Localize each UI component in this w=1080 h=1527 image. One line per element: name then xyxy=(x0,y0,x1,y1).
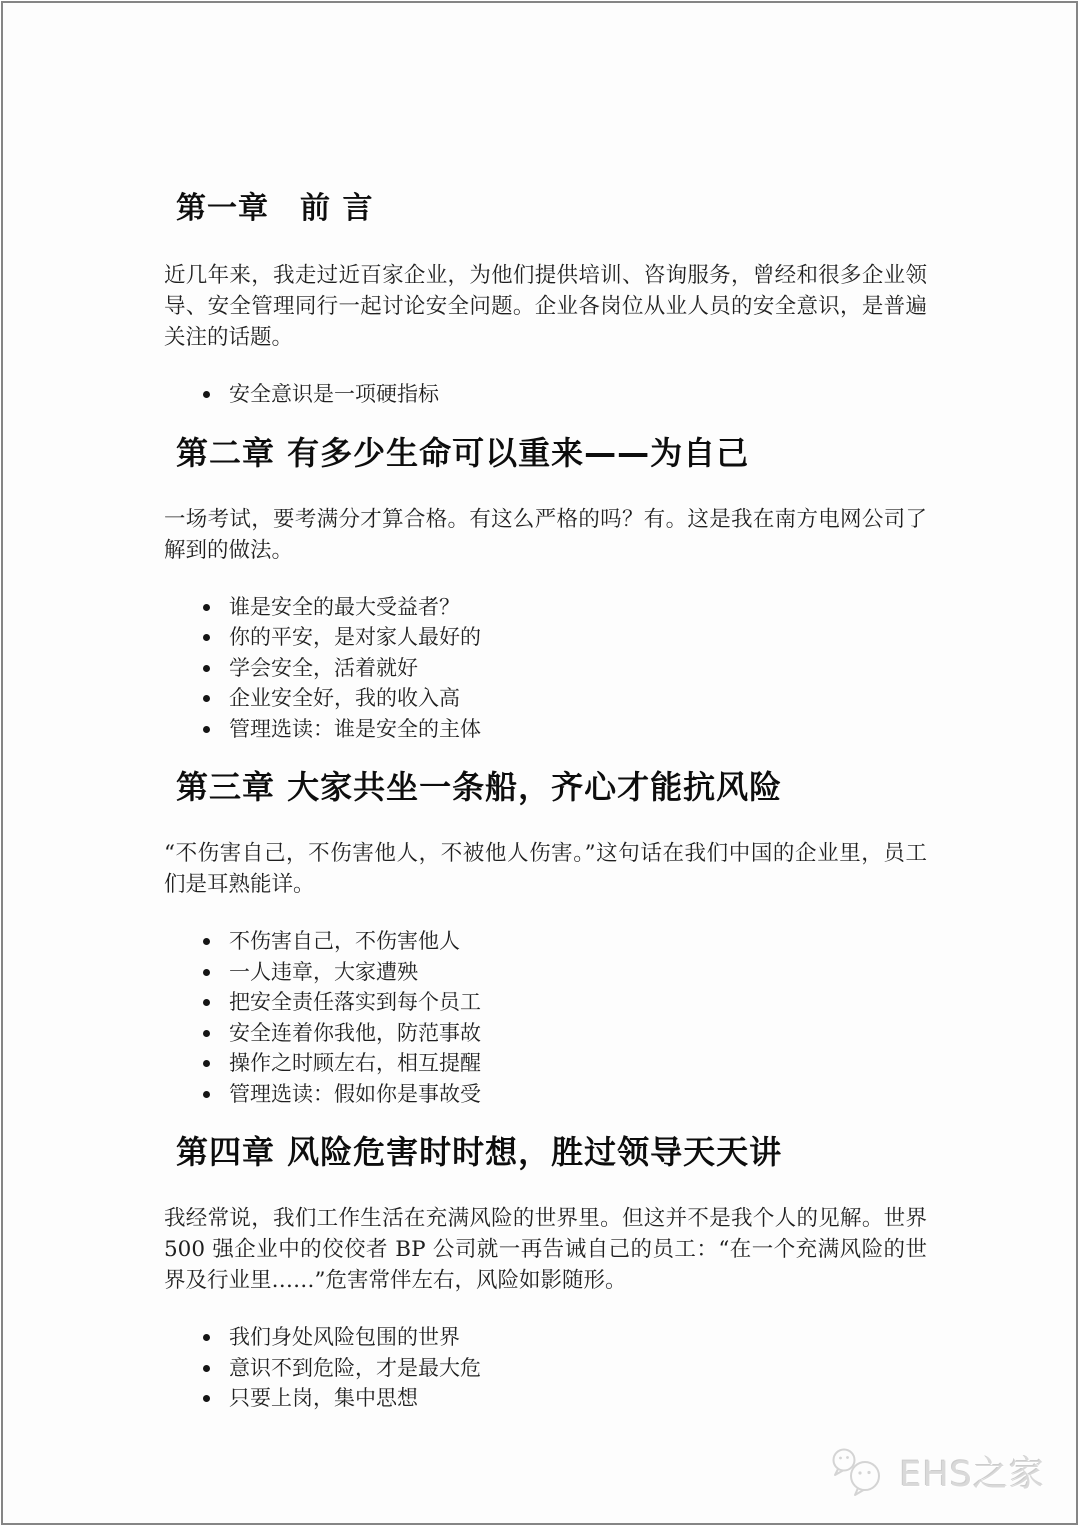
chapter-section-4: 第四章 风险危害时时想，胜过领导天天讲 我经常说，我们工作生活在充满风险的世界里… xyxy=(164,1131,927,1414)
watermark: EHS之家 xyxy=(829,1447,1045,1497)
bullet-text: 意识不到危险，才是最大危 xyxy=(229,1356,481,1380)
list-item: 你的平安，是对家人最好的 xyxy=(164,622,927,653)
list-item: 我们身处风险包围的世界 xyxy=(164,1322,927,1353)
list-item: 操作之时顾左右，相互提醒 xyxy=(164,1048,927,1079)
bullet-dot-icon xyxy=(203,1060,210,1067)
bullet-dot-icon xyxy=(203,1030,210,1037)
bullet-dot-icon xyxy=(203,726,210,733)
chapter-2-paragraph: 一场考试，要考满分才算合格。有这么严格的吗？有。这是我在南方电网公司了解到的做法… xyxy=(164,504,927,566)
bullet-text: 安全意识是一项硬指标 xyxy=(229,382,439,406)
list-item: 安全意识是一项硬指标 xyxy=(164,379,927,410)
chapter-3-paragraph: “不伤害自己，不伤害他人，不被他人伤害。”这句话在我们中国的企业里，员工们是耳熟… xyxy=(164,838,927,900)
bullet-text: 管理选读：假如你是事故受 xyxy=(229,1082,481,1106)
bullet-text: 我们身处风险包围的世界 xyxy=(229,1325,460,1349)
bullet-dot-icon xyxy=(203,634,210,641)
chapter-4-paragraph: 我经常说，我们工作生活在充满风险的世界里。但这并不是我个人的见解。世界 500 … xyxy=(164,1203,927,1296)
watermark-text: EHS之家 xyxy=(899,1447,1045,1497)
bullet-dot-icon xyxy=(203,1365,210,1372)
list-item: 不伤害自己，不伤害他人 xyxy=(164,926,927,957)
chapter-section-2: 第二章 有多少生命可以重来——为自己 一场考试，要考满分才算合格。有这么严格的吗… xyxy=(164,432,927,745)
chapter-2-heading: 第二章 有多少生命可以重来——为自己 xyxy=(176,432,927,474)
bullet-text: 只要上岗，集中思想 xyxy=(229,1386,418,1410)
bullet-dot-icon xyxy=(203,969,210,976)
chapter-2-bullet-list: 谁是安全的最大受益者？ 你的平安，是对家人最好的 学会安全，活着就好 企业安全好… xyxy=(164,592,927,745)
bullet-text: 不伤害自己，不伤害他人 xyxy=(229,929,460,953)
bullet-dot-icon xyxy=(203,695,210,702)
list-item: 企业安全好，我的收入高 xyxy=(164,683,927,714)
chapter-1-bullet-list: 安全意识是一项硬指标 xyxy=(164,379,927,410)
bullet-text: 你的平安，是对家人最好的 xyxy=(229,625,481,649)
bullet-dot-icon xyxy=(203,1334,210,1341)
bullet-text: 操作之时顾左右，相互提醒 xyxy=(229,1051,481,1075)
bullet-text: 一人违章，大家遭殃 xyxy=(229,960,418,984)
bullet-text: 管理选读：谁是安全的主体 xyxy=(229,717,481,741)
bullet-dot-icon xyxy=(203,1395,210,1402)
bullet-text: 谁是安全的最大受益者？ xyxy=(229,595,460,619)
chapter-4-heading: 第四章 风险危害时时想，胜过领导天天讲 xyxy=(176,1131,927,1173)
list-item: 安全连着你我他，防范事故 xyxy=(164,1018,927,1049)
bullet-text: 学会安全，活着就好 xyxy=(229,656,418,680)
bullet-dot-icon xyxy=(203,999,210,1006)
chapter-3-bullet-list: 不伤害自己，不伤害他人 一人违章，大家遭殃 把安全责任落实到每个员工 安全连着你… xyxy=(164,926,927,1109)
list-item: 学会安全，活着就好 xyxy=(164,653,927,684)
bullet-text: 把安全责任落实到每个员工 xyxy=(229,990,481,1014)
chapter-section-1: 第一章 前 言 近几年来，我走过近百家企业，为他们提供培训、咨询服务，曾经和很多… xyxy=(164,188,927,410)
list-item: 只要上岗，集中思想 xyxy=(164,1383,927,1414)
chapter-section-3: 第三章 大家共坐一条船，齐心才能抗风险 “不伤害自己，不伤害他人，不被他人伤害。… xyxy=(164,766,927,1109)
chapter-1-paragraph: 近几年来，我走过近百家企业，为他们提供培训、咨询服务，曾经和很多企业领导、安全管… xyxy=(164,260,927,353)
bullet-text: 企业安全好，我的收入高 xyxy=(229,686,460,710)
bullet-dot-icon xyxy=(203,604,210,611)
list-item: 把安全责任落实到每个员工 xyxy=(164,987,927,1018)
list-item: 管理选读：假如你是事故受 xyxy=(164,1079,927,1110)
list-item: 意识不到危险，才是最大危 xyxy=(164,1353,927,1384)
document-content: 第一章 前 言 近几年来，我走过近百家企业，为他们提供培训、咨询服务，曾经和很多… xyxy=(3,3,1076,1414)
chapter-3-heading: 第三章 大家共坐一条船，齐心才能抗风险 xyxy=(176,766,927,808)
bullet-dot-icon xyxy=(203,665,210,672)
list-item: 一人违章，大家遭殃 xyxy=(164,957,927,988)
document-page: 第一章 前 言 近几年来，我走过近百家企业，为他们提供培训、咨询服务，曾经和很多… xyxy=(1,1,1078,1525)
bullet-text: 安全连着你我他，防范事故 xyxy=(229,1021,481,1045)
bullet-dot-icon xyxy=(203,391,210,398)
list-item: 管理选读：谁是安全的主体 xyxy=(164,714,927,745)
list-item: 谁是安全的最大受益者？ xyxy=(164,592,927,623)
chapter-1-heading: 第一章 前 言 xyxy=(176,188,927,230)
bullet-dot-icon xyxy=(203,938,210,945)
bullet-dot-icon xyxy=(203,1091,210,1098)
wechat-icon xyxy=(829,1447,891,1497)
chapter-4-bullet-list: 我们身处风险包围的世界 意识不到危险，才是最大危 只要上岗，集中思想 xyxy=(164,1322,927,1414)
